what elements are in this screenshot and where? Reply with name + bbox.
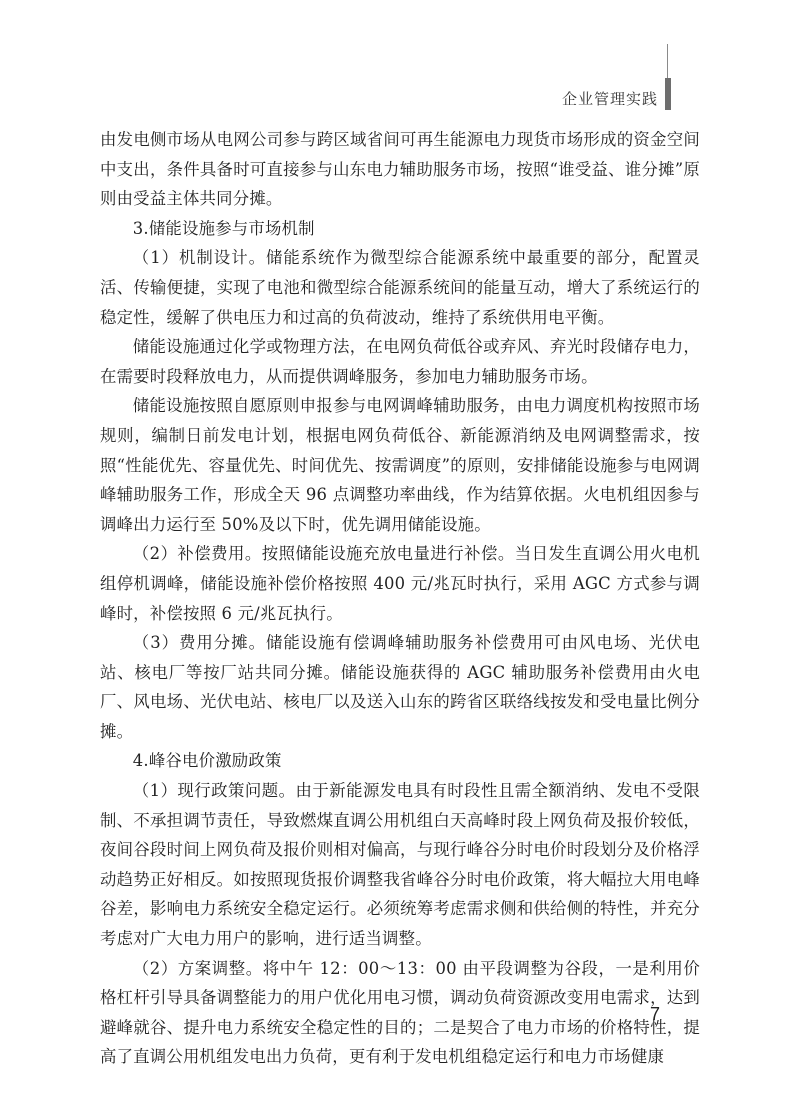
header-accent-bar (665, 78, 671, 110)
section-heading: 4.峰谷电价激励政策 (100, 746, 700, 776)
paragraph: 由发电侧市场从电网公司参与跨区域省间可再生能源电力现货市场形成的资金空间中支出，… (100, 125, 700, 214)
paragraph: 储能设施按照自愿原则申报参与电网调峰辅助服务，由电力调度机构按照市场规则，编制日… (100, 391, 700, 539)
paragraph: （3）费用分摊。储能设施有偿调峰辅助服务补偿费用可由风电场、光伏电站、核电厂等按… (100, 628, 700, 746)
section-heading: 3.储能设施参与市场机制 (100, 214, 700, 244)
page-number: 7 (650, 1004, 660, 1025)
header-divider-line (667, 44, 668, 80)
running-header-title: 企业管理实践 (562, 88, 658, 109)
paragraph: （2）方案调整。将中午 12：00～13：00 由平段调整为谷段，一是利用价格杠… (100, 954, 700, 1072)
paragraph: 储能设施通过化学或物理方法，在电网负荷低谷或弃风、弃光时段储存电力，在需要时段释… (100, 332, 700, 391)
body-text: 由发电侧市场从电网公司参与跨区域省间可再生能源电力现货市场形成的资金空间中支出，… (100, 125, 700, 1072)
paragraph: （1）机制设计。储能系统作为微型综合能源系统中最重要的部分，配置灵活、传输便捷，… (100, 243, 700, 332)
paragraph: （2）补偿费用。按照储能设施充放电量进行补偿。当日发生直调公用火电机组停机调峰，… (100, 539, 700, 628)
paragraph: （1）现行政策问题。由于新能源发电具有时段性且需全额消纳、发电不受限制、不承担调… (100, 776, 700, 954)
